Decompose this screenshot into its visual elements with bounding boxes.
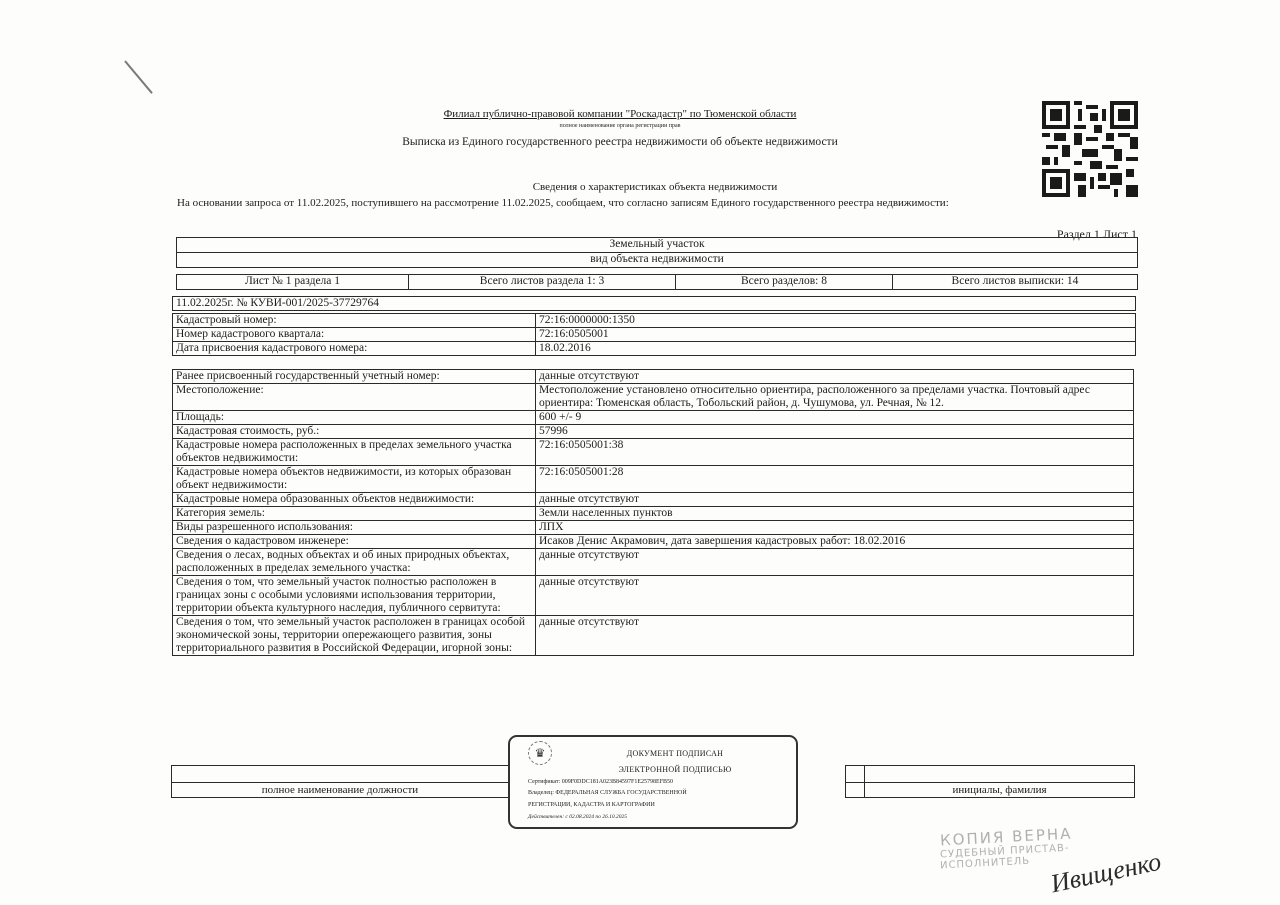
field-label: Сведения о кадастровом инженере:	[173, 535, 536, 549]
field-value: 72:16:0505001:28	[536, 466, 1134, 493]
field-label: Сведения о лесах, водных объектах и об и…	[173, 549, 536, 576]
field-value: 72:16:0000000:1350	[536, 314, 1136, 328]
request-number: 11.02.2025г. № КУВИ-001/2025-37729764	[173, 297, 1136, 311]
qr-code-icon	[1042, 101, 1138, 197]
electronic-signature-stamp: ♛ ДОКУМЕНТ ПОДПИСАН ЭЛЕКТРОННОЙ ПОДПИСЬЮ…	[508, 735, 798, 829]
stamp-line-2: ЭЛЕКТРОННОЙ ПОДПИСЬЮ	[570, 765, 780, 774]
extract-sheets-total: Всего листов выписки: 14	[893, 275, 1138, 290]
field-label: Номер кадастрового квартала:	[173, 328, 536, 342]
field-label: Виды разрешенного использования:	[173, 521, 536, 535]
position-caption: полное наименование должности	[172, 783, 509, 798]
table-row: Сведения о кадастровом инженере:Исаков Д…	[173, 535, 1134, 549]
table-row: Сведения о том, что земельный участок по…	[173, 576, 1134, 616]
field-label: Категория земель:	[173, 507, 536, 521]
table-row: Кадастровый номер:72:16:0000000:1350	[173, 314, 1136, 328]
stamp-validity: Действителен: с 02.08.2024 по 26.10.2025	[528, 814, 627, 820]
table-row: Площадь:600 +/- 9	[173, 411, 1134, 425]
field-value: данные отсутствуют	[536, 549, 1134, 576]
request-number-table: 11.02.2025г. № КУВИ-001/2025-37729764	[172, 296, 1136, 311]
field-value: 57996	[536, 425, 1134, 439]
copy-certified-stamp: КОПИЯ ВЕРНА СУДЕБНЫЙ ПРИСТАВ- ИСПОЛНИТЕЛ…	[940, 828, 1073, 868]
stamp-owner-2: РЕГИСТРАЦИИ, КАДАСТРА И КАРТОГРАФИИ	[528, 802, 655, 808]
characteristics-table: Ранее присвоенный государственный учетны…	[172, 369, 1134, 656]
field-value: ЛПХ	[536, 521, 1134, 535]
field-value: данные отсутствуют	[536, 576, 1134, 616]
table-row: Сведения о лесах, водных объектах и об и…	[173, 549, 1134, 576]
name-caption: инициалы, фамилия	[865, 783, 1135, 798]
field-label: Кадастровые номера объектов недвижимости…	[173, 466, 536, 493]
section-sheets-total: Всего листов раздела 1: 3	[409, 275, 676, 290]
table-row: Кадастровая стоимость, руб.:57996	[173, 425, 1134, 439]
table-row: Кадастровые номера образованных объектов…	[173, 493, 1134, 507]
field-value: 18.02.2016	[536, 342, 1136, 356]
organization-caption: полное наименование органа регистрации п…	[360, 123, 880, 129]
scan-scratch-mark	[124, 60, 153, 93]
field-value: Исаков Денис Акрамович, дата завершения …	[536, 535, 1134, 549]
document-title: Выписка из Единого государственного реес…	[330, 136, 910, 148]
table-row: Категория земель:Земли населенных пункто…	[173, 507, 1134, 521]
field-label: Площадь:	[173, 411, 536, 425]
object-type-table: Земельный участок вид объекта недвижимос…	[176, 237, 1138, 268]
organization-name: Филиал публично-правовой компании "Роска…	[360, 108, 880, 120]
field-value: 600 +/- 9	[536, 411, 1134, 425]
field-value: данные отсутствуют	[536, 370, 1134, 384]
field-label: Сведения о том, что земельный участок по…	[173, 576, 536, 616]
table-row: Сведения о том, что земельный участок ра…	[173, 616, 1134, 656]
sheets-info-table: Лист № 1 раздела 1 Всего листов раздела …	[176, 274, 1138, 290]
request-basis-text: На основании запроса от 11.02.2025, пост…	[177, 197, 1137, 209]
field-label: Кадастровые номера расположенных в преде…	[173, 439, 536, 466]
stamp-owner-1: Владелец: ФЕДЕРАЛЬНАЯ СЛУЖБА ГОСУДАРСТВЕ…	[528, 790, 687, 796]
field-label: Кадастровый номер:	[173, 314, 536, 328]
field-label: Ранее присвоенный государственный учетны…	[173, 370, 536, 384]
table-row: Дата присвоения кадастрового номера:18.0…	[173, 342, 1136, 356]
field-label: Дата присвоения кадастрового номера:	[173, 342, 536, 356]
stamp-line-1: ДОКУМЕНТ ПОДПИСАН	[570, 749, 780, 758]
field-label: Кадастровая стоимость, руб.:	[173, 425, 536, 439]
field-label: Местоположение:	[173, 384, 536, 411]
table-row: Местоположение:Местоположение установлен…	[173, 384, 1134, 411]
sections-total: Всего разделов: 8	[676, 275, 893, 290]
table-row: Кадастровые номера объектов недвижимости…	[173, 466, 1134, 493]
field-value: 72:16:0505001	[536, 328, 1136, 342]
table-row: Кадастровые номера расположенных в преде…	[173, 439, 1134, 466]
section-title: Сведения о характеристиках объекта недви…	[370, 181, 940, 193]
sheet-number: Лист № 1 раздела 1	[177, 275, 409, 290]
field-value: 72:16:0505001:38	[536, 439, 1134, 466]
object-type-caption: вид объекта недвижимости	[177, 253, 1138, 268]
table-row: Виды разрешенного использования:ЛПХ	[173, 521, 1134, 535]
field-value: данные отсутствуют	[536, 493, 1134, 507]
table-row: Номер кадастрового квартала:72:16:050500…	[173, 328, 1136, 342]
coat-of-arms-icon: ♛	[528, 741, 552, 765]
object-type: Земельный участок	[177, 238, 1138, 253]
field-value: данные отсутствуют	[536, 616, 1134, 656]
field-value: Земли населенных пунктов	[536, 507, 1134, 521]
cadastral-basic-table: Кадастровый номер:72:16:0000000:1350Номе…	[172, 313, 1136, 356]
stamp-certificate: Сертификат: 009F0DDC181A023B84597F1E2579…	[528, 779, 673, 785]
field-label: Кадастровые номера образованных объектов…	[173, 493, 536, 507]
field-value: Местоположение установлено относительно …	[536, 384, 1134, 411]
field-label: Сведения о том, что земельный участок ра…	[173, 616, 536, 656]
table-row: Ранее присвоенный государственный учетны…	[173, 370, 1134, 384]
